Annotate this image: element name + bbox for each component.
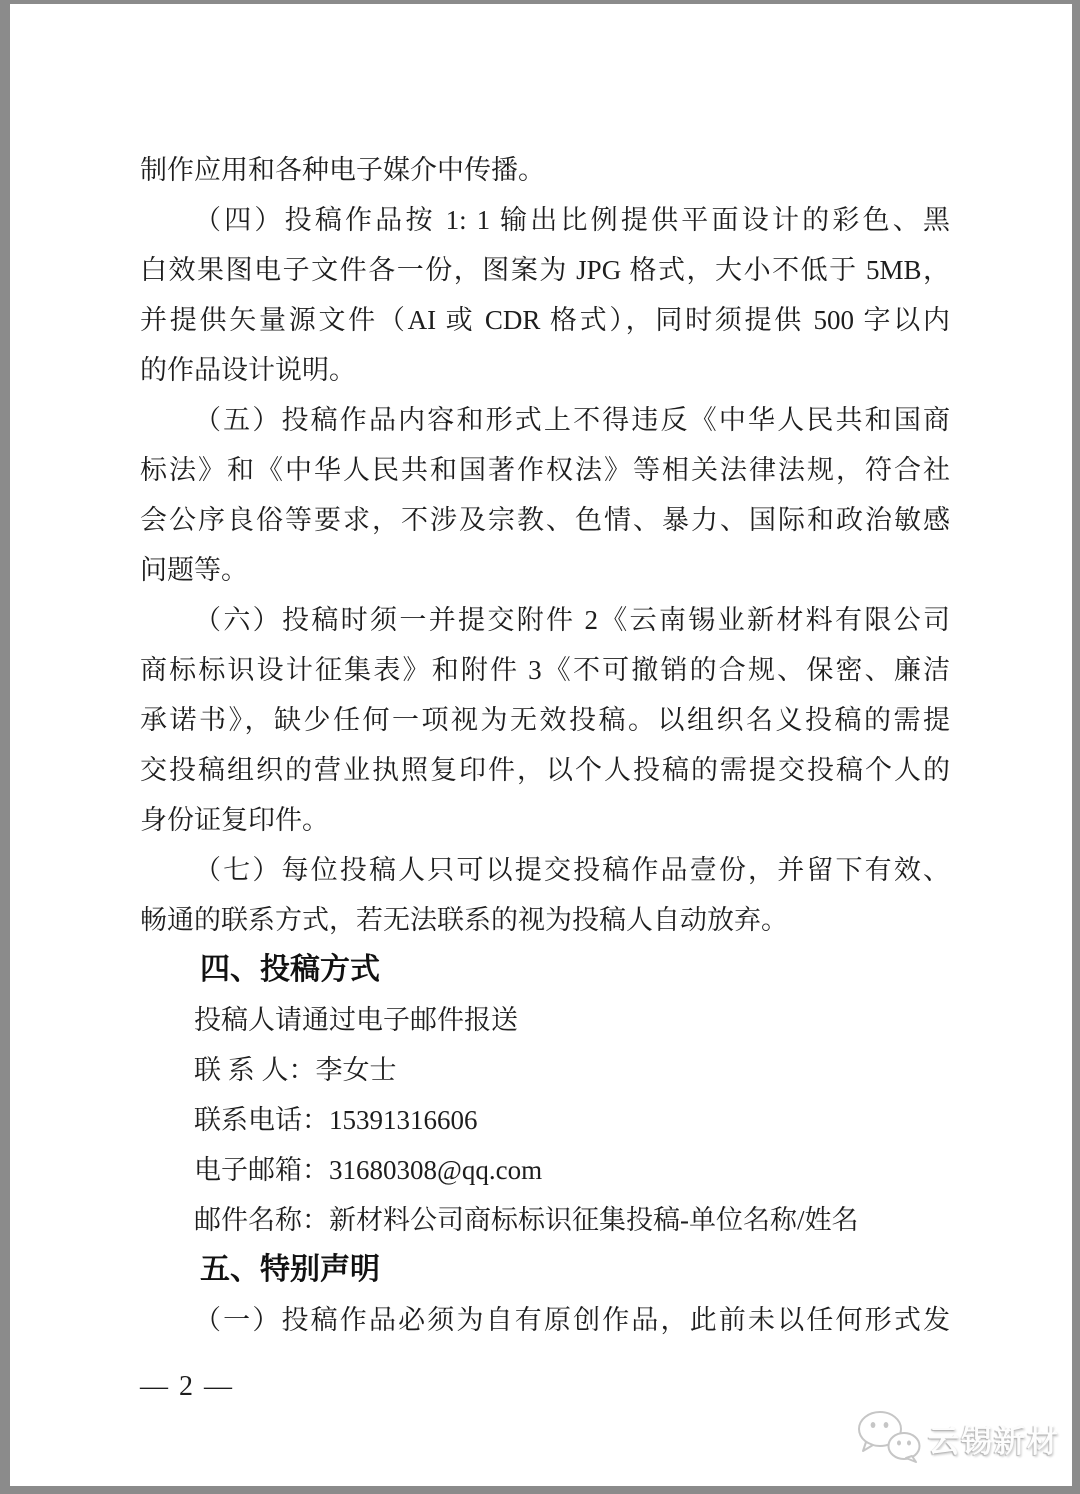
- text-line: 标法》和《中华人民共和国著作权法》等相关法律法规，符合社: [140, 445, 950, 495]
- text-line: 邮件名称：新材料公司商标标识征集投稿-单位名称/姓名: [140, 1195, 950, 1245]
- scan-frame: 制作应用和各种电子媒介中传播。（四）投稿作品按 1: 1 输出比例提供平面设计的…: [0, 0, 1080, 1494]
- text-line: 制作应用和各种电子媒介中传播。: [140, 145, 950, 195]
- text-line: （五）投稿作品内容和形式上不得违反《中华人民共和国商: [140, 395, 950, 445]
- text-line: 身份证复印件。: [140, 795, 950, 845]
- text-line: 畅通的联系方式，若无法联系的视为投稿人自动放弃。: [140, 895, 950, 945]
- text-line: （四）投稿作品按 1: 1 输出比例提供平面设计的彩色、黑: [140, 195, 950, 245]
- wechat-icon: [856, 1409, 922, 1468]
- text-line: （六）投稿时须一并提交附件 2《云南锡业新材料有限公司: [140, 595, 950, 645]
- text-line: 联系电话：15391316606: [140, 1095, 950, 1145]
- text-line: （一）投稿作品必须为自有原创作品，此前未以任何形式发: [140, 1295, 950, 1345]
- text-line: 承诺书》，缺少任何一项视为无效投稿。以组织名义投稿的需提: [140, 695, 950, 745]
- watermark: 云锡新材: [856, 1409, 1060, 1468]
- text-line: 并提供矢量源文件（AI 或 CDR 格式），同时须提供 500 字以内: [140, 295, 950, 345]
- text-line: （七）每位投稿人只可以提交投稿作品壹份，并留下有效、: [140, 845, 950, 895]
- text-line: 交投稿组织的营业执照复印件，以个人投稿的需提交投稿个人的: [140, 745, 950, 795]
- text-line: 会公序良俗等要求，不涉及宗教、色情、暴力、国际和政治敏感: [140, 495, 950, 545]
- text-line: 投稿人请通过电子邮件报送: [140, 995, 950, 1045]
- text-line: 的作品设计说明。: [140, 345, 950, 395]
- text-line: 联 系 人：李女士: [140, 1045, 950, 1095]
- text-line: 商标标识设计征集表》和附件 3《不可撤销的合规、保密、廉洁: [140, 645, 950, 695]
- text-line: 白效果图电子文件各一份，图案为 JPG 格式，大小不低于 5MB，: [140, 245, 950, 295]
- watermark-label: 云锡新材: [928, 1416, 1060, 1461]
- section-heading: 四、投稿方式: [140, 945, 950, 995]
- text-line: 电子邮箱：31680308@qq.com: [140, 1145, 950, 1195]
- page-number: — 2 —: [140, 1362, 234, 1412]
- text-line: 问题等。: [140, 545, 950, 595]
- section-heading: 五、特别声明: [140, 1245, 950, 1295]
- document-content: 制作应用和各种电子媒介中传播。（四）投稿作品按 1: 1 输出比例提供平面设计的…: [140, 145, 950, 1345]
- document-page: 制作应用和各种电子媒介中传播。（四）投稿作品按 1: 1 输出比例提供平面设计的…: [10, 4, 1072, 1486]
